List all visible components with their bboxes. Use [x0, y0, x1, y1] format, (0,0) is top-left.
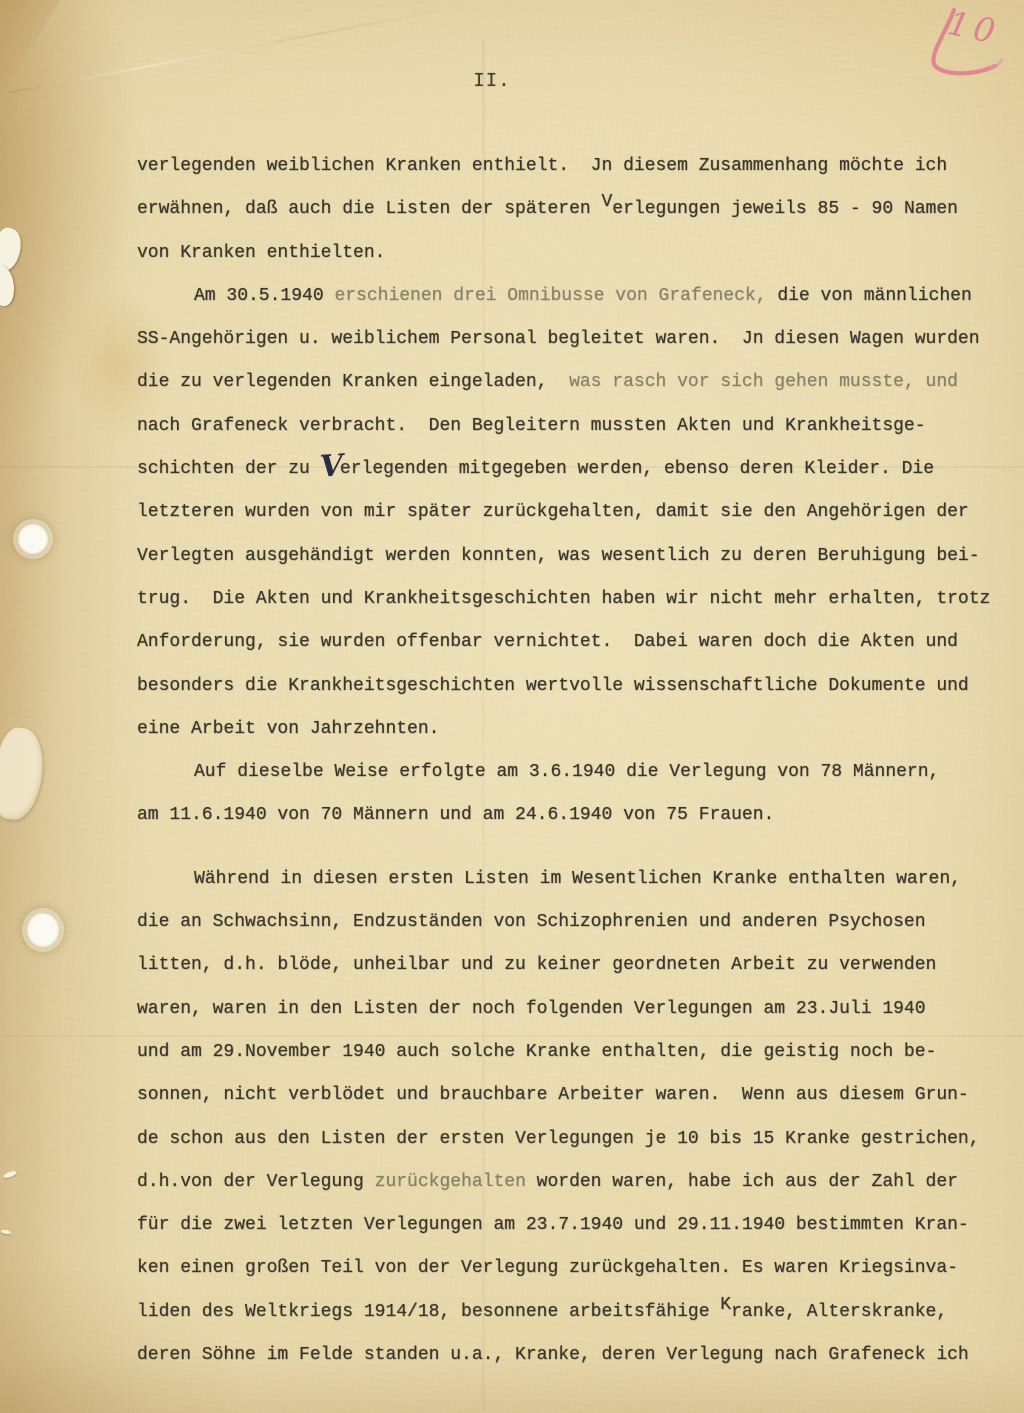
paragraph: verlegenden weiblichen Kranken enthielt.…: [137, 145, 1007, 275]
text-segment: schichten der zu: [137, 459, 321, 479]
paragraph: Während in diesen ersten Listen im Wesen…: [137, 858, 1007, 1378]
text-line: Am 30.5.1940 erschienen drei Omnibusse v…: [137, 275, 1007, 318]
text-line: letzteren wurden von mir später zurückge…: [137, 491, 1007, 534]
text-line: ken einen großen Teil von der Verlegung …: [137, 1247, 1007, 1290]
page-annotation: 10: [888, 0, 1022, 110]
text-segment: SS-Angehörigen u. weiblichem Personal be…: [137, 329, 980, 349]
text-line: die zu verlegenden Kranken eingeladen, w…: [137, 361, 1007, 404]
text-line: trug. Die Akten und Krankheitsgeschichte…: [137, 578, 1007, 621]
text-segment: Verlegten ausgehändigt werden konnten, w…: [137, 546, 980, 566]
text-segment: erwähnen, daß auch die Listen der später…: [137, 199, 601, 219]
text-segment: Auf dieselbe Weise erfolgte am 3.6.1940 …: [194, 762, 939, 782]
text-line: de schon aus den Listen der ersten Verle…: [137, 1118, 1007, 1161]
text-segment: sonnen, nicht verblödet und brauchbare A…: [137, 1085, 969, 1105]
paragraph: Auf dieselbe Weise erfolgte am 3.6.1940 …: [137, 751, 1007, 838]
text-line: verlegenden weiblichen Kranken enthielt.…: [137, 145, 1007, 188]
text-line: sonnen, nicht verblödet und brauchbare A…: [137, 1074, 1007, 1117]
text-segment: und am 29.November 1940 auch solche Kran…: [137, 1042, 936, 1062]
text-line: schichten der zu Verlegenden mitgegeben …: [137, 448, 1007, 491]
text-segment: für die zwei letzten Verlegungen am 23.7…: [137, 1215, 969, 1235]
text-line: von Kranken enthielten.: [137, 232, 1007, 275]
text-line: Anforderung, sie wurden offenbar vernich…: [137, 621, 1007, 664]
text-segment-faint: zurückgehalten: [375, 1172, 526, 1192]
text-segment: liden des Weltkriegs 1914/18, besonnene …: [137, 1302, 720, 1322]
text-line: eine Arbeit von Jahrzehnten.: [137, 708, 1007, 751]
raised-letter: V: [601, 192, 612, 212]
text-segment: von Kranken enthielten.: [137, 243, 385, 263]
text-segment: trug. Die Akten und Krankheitsgeschichte…: [137, 589, 990, 609]
text-line: am 11.6.1940 von 70 Männern und am 24.6.…: [137, 794, 1007, 837]
text-line: SS-Angehörigen u. weiblichem Personal be…: [137, 318, 1007, 361]
text-segment: verlegenden weiblichen Kranken enthielt.…: [137, 156, 947, 176]
text-segment: de schon aus den Listen der ersten Verle…: [137, 1129, 980, 1149]
paragraph: Am 30.5.1940 erschienen drei Omnibusse v…: [137, 275, 1007, 751]
text-line: d.h.von der Verlegung zurückgehalten wor…: [137, 1161, 1007, 1204]
text-line: und am 29.November 1940 auch solche Kran…: [137, 1031, 1007, 1074]
paper-scuff: [3, 1170, 18, 1179]
text-segment: deren Söhne im Felde standen u.a., Krank…: [137, 1345, 969, 1365]
text-segment-faint: erschienen drei Omnibusse von Grafeneck,: [334, 286, 777, 306]
text-segment: litten, d.h. blöde, unheilbar und zu kei…: [137, 955, 936, 975]
text-segment: Am 30.5.1940: [194, 286, 334, 306]
text-segment: d.h.von der Verlegung: [137, 1172, 375, 1192]
paper-scuff: [1, 1229, 12, 1235]
paper-tear: [0, 264, 18, 308]
text-segment: die an Schwachsinn, Endzuständen von Sch…: [137, 912, 926, 932]
text-line: Verlegten ausgehändigt werden konnten, w…: [137, 535, 1007, 578]
text-segment: ranke, Alterskranke,: [731, 1302, 947, 1322]
document-body: verlegenden weiblichen Kranken enthielt.…: [137, 145, 1007, 1377]
text-line: deren Söhne im Felde standen u.a., Krank…: [137, 1334, 1007, 1377]
punch-hole: [18, 524, 48, 554]
text-segment: eine Arbeit von Jahrzehnten.: [137, 719, 439, 739]
page-title: II.: [0, 70, 1004, 92]
text-segment: die von männlichen: [777, 286, 971, 306]
punch-hole: [27, 913, 59, 947]
text-segment: erlegungen jeweils 85 - 90 Namen: [612, 199, 958, 219]
raised-letter: K: [720, 1295, 731, 1315]
text-line: erwähnen, daß auch die Listen der später…: [137, 188, 1007, 231]
text-line: litten, d.h. blöde, unheilbar und zu kei…: [137, 944, 1007, 987]
text-segment: letzteren wurden von mir später zurückge…: [137, 502, 969, 522]
text-segment: Anforderung, sie wurden offenbar vernich…: [137, 632, 958, 652]
text-line: Auf dieselbe Weise erfolgte am 3.6.1940 …: [137, 751, 1007, 794]
text-line: waren, waren in den Listen der noch folg…: [137, 988, 1007, 1031]
text-line: für die zwei letzten Verlegungen am 23.7…: [137, 1204, 1007, 1247]
document-page: { "page": { "page_label": "II.", "annota…: [0, 0, 1024, 1413]
text-segment-faint: was rasch vor sich gehen musste, und: [569, 372, 958, 392]
text-line: besonders die Krankheitsgeschichten wert…: [137, 665, 1007, 708]
text-segment: erlegenden mitgegeben werden, ebenso der…: [340, 459, 934, 479]
text-segment: ken einen großen Teil von der Verlegung …: [137, 1258, 958, 1278]
text-line: liden des Weltkriegs 1914/18, besonnene …: [137, 1291, 1007, 1334]
handwritten-ink-letter: V: [320, 466, 343, 468]
text-segment: am 11.6.1940 von 70 Männern und am 24.6.…: [137, 805, 774, 825]
text-segment: besonders die Krankheitsgeschichten wert…: [137, 676, 969, 696]
text-segment: Während in diesen ersten Listen im Wesen…: [194, 869, 961, 889]
text-segment: worden waren, habe ich aus der Zahl der: [526, 1172, 958, 1192]
text-segment: nach Grafeneck verbracht. Den Begleitern…: [137, 416, 926, 436]
paper-flake-patch: [0, 726, 47, 822]
text-line: Während in diesen ersten Listen im Wesen…: [137, 858, 1007, 901]
text-line: die an Schwachsinn, Endzuständen von Sch…: [137, 901, 1007, 944]
text-segment: die zu verlegenden Kranken eingeladen,: [137, 372, 569, 392]
text-line: nach Grafeneck verbracht. Den Begleitern…: [137, 405, 1007, 448]
text-segment: waren, waren in den Listen der noch folg…: [137, 999, 926, 1019]
